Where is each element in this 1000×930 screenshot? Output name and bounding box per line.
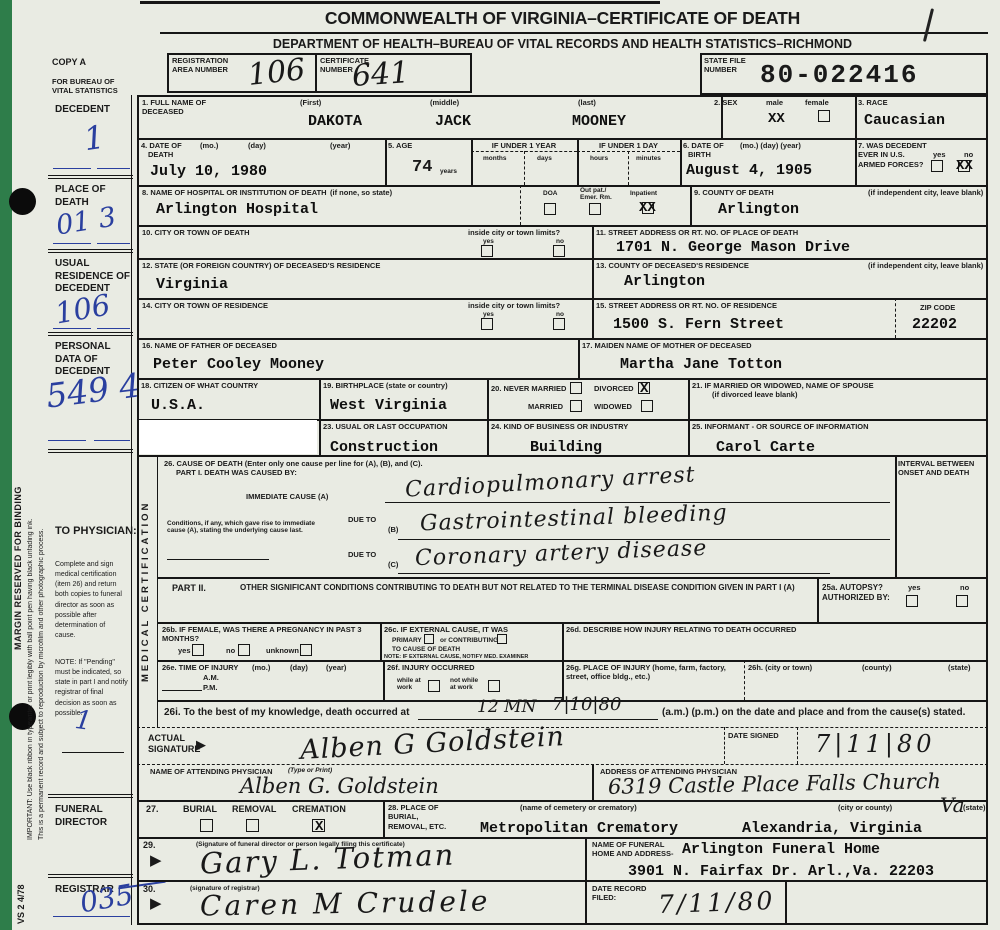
col-line <box>592 258 594 298</box>
checkbox-pregnancy-no <box>238 644 250 656</box>
zip-value: 22202 <box>912 317 957 332</box>
not-while-at-work-label: not while at work <box>450 677 484 692</box>
sidebar-underline <box>53 168 91 169</box>
last-name-value: MOONEY <box>572 114 626 129</box>
col-line <box>585 837 587 880</box>
header-rule <box>160 32 988 34</box>
sidebar-underline <box>53 328 91 329</box>
sidebar-separator <box>48 874 133 878</box>
checkbox-burial <box>200 819 213 832</box>
field-13-hint: (if independent city, leave blank) <box>868 261 983 270</box>
state-hint: (state) <box>948 663 971 672</box>
funeral-director-signature: Gary L. Totman <box>200 841 456 879</box>
field-26b-label: 26b. IF FEMALE, WAS THERE A PREGNANCY IN… <box>162 625 372 644</box>
field-6-label-2: BIRTH <box>688 150 711 159</box>
armed-no-mark: XX <box>956 159 973 173</box>
sidebar-separator <box>48 449 133 453</box>
c-tag: (C) <box>388 560 398 569</box>
sidebar-underline <box>94 440 130 441</box>
sidebar-place-value: 01 3 <box>54 203 118 239</box>
residence-street-value: 1500 S. Fern Street <box>613 317 784 332</box>
field-29-num: 29. <box>143 840 156 851</box>
death-time-hand-2: 7|10|80 <box>552 696 621 714</box>
sidebar-separator <box>48 249 133 253</box>
signature-arrow-icon: ▶ <box>196 737 206 753</box>
col-line <box>585 880 587 923</box>
funeral-signature-arrow-icon: ▶ <box>150 851 162 869</box>
sidebar-residence-value: 106 <box>53 290 113 328</box>
injury-day-hint: (day) <box>290 663 308 672</box>
col-line <box>785 880 787 923</box>
under-1-year-divider <box>524 151 525 185</box>
field-8-hint: (if none, so state) <box>330 188 392 197</box>
cause-c-line <box>398 573 830 574</box>
checkbox-doa <box>544 203 556 215</box>
field-5-label: 5. AGE <box>388 141 412 150</box>
certificate-subtitle: DEPARTMENT OF HEALTH–BUREAU OF VITAL REC… <box>137 37 988 51</box>
married-label: MARRIED <box>528 402 563 411</box>
checkbox-res-limits-no <box>553 318 565 330</box>
field-25-label: 25. INFORMANT - OR SOURCE OF INFORMATION <box>692 422 869 431</box>
checkbox-removal <box>246 819 259 832</box>
burial-label: BURIAL <box>183 804 217 815</box>
field-27-num: 27. <box>146 804 159 815</box>
b-tag: (B) <box>388 525 398 534</box>
mdy-hint: (mo.) (day) (year) <box>740 141 801 150</box>
hours-label: hours <box>590 155 608 162</box>
checkbox-autopsy-no <box>956 595 968 607</box>
col-line <box>592 298 594 338</box>
row-line <box>137 225 988 227</box>
part2-text: OTHER SIGNIFICANT CONDITIONS CONTRIBUTIN… <box>240 583 795 593</box>
cert-number-value: 641 <box>351 58 410 92</box>
physician-addr-state: Va <box>940 795 965 815</box>
row-line <box>137 185 988 187</box>
occupation-value: Construction <box>330 440 438 455</box>
while-at-work-label: while at work <box>397 677 425 692</box>
year-hint: (year) <box>330 141 350 150</box>
col-line-dashed <box>797 727 798 764</box>
sidebar-underline <box>53 916 130 917</box>
external-cause-note: NOTE: IF EXTERNAL CAUSE, NOTIFY MED. EXA… <box>384 654 528 660</box>
row-line <box>137 800 988 802</box>
informant-value: Carol Carte <box>716 440 815 455</box>
checkbox-pregnancy-yes <box>192 644 204 656</box>
crematory-city-value: Alexandria, Virginia <box>742 821 922 836</box>
citizen-value: U.S.A. <box>151 398 205 413</box>
sidebar-funeral-label: FUNERAL DIRECTOR <box>55 804 115 829</box>
autopsy-yes-label: yes <box>908 583 921 592</box>
field-8-label: 8. NAME OF HOSPITAL OR INSTITUTION OF DE… <box>142 188 327 197</box>
death-street-value: 1701 N. George Mason Drive <box>616 240 850 255</box>
field-17-label: 17. MAIDEN NAME OF MOTHER OF DECEASED <box>582 341 752 350</box>
row-line <box>137 338 988 340</box>
field-28-label: 28. PLACE OF BURIAL, REMOVAL, ETC. <box>388 803 458 831</box>
registrar-signature-arrow-icon: ▶ <box>150 894 162 912</box>
field-15-label: 15. STREET ADDRESS OR RT. NO. OF RESIDEN… <box>596 301 777 310</box>
under-1-day-divider <box>628 151 629 185</box>
checkbox-death-limits-yes <box>481 245 493 257</box>
col-line <box>855 95 857 185</box>
field-26c-label: 26c. IF EXTERNAL CAUSE, IT WAS <box>384 625 508 634</box>
date-filed-label: DATE RECORD FILED: <box>592 884 650 903</box>
business-value: Building <box>530 440 602 455</box>
residence-county-value: Arlington <box>624 274 705 289</box>
checkbox-primary <box>424 634 434 644</box>
sidebar-underline <box>97 328 130 329</box>
crematory-value: Metropolitan Crematory <box>480 821 678 836</box>
field-10-label: 10. CITY OR TOWN OF DEATH <box>142 228 250 237</box>
day-hint: (day) <box>248 141 266 150</box>
col-line <box>319 378 321 455</box>
col-line <box>578 338 580 378</box>
field-26h-label: 26h. (city or town) <box>748 663 812 672</box>
physician-name-value: Alben G. Goldstein <box>240 776 439 797</box>
outpat-label: Out pat./ Emer. Rm. <box>580 187 616 202</box>
death-time-hand-1: 12 MN <box>477 699 536 716</box>
sex-male-label: male <box>766 98 783 107</box>
col-line <box>487 378 489 455</box>
cremation-label: CREMATION <box>292 804 346 815</box>
physician-addr-value: 6319 Castle Place Falls Church <box>608 771 941 798</box>
field-13-label: 13. COUNTY OF DECEASED'S RESIDENCE <box>596 261 749 270</box>
months-label: months <box>483 155 506 162</box>
sidebar-underline <box>48 440 86 441</box>
registration-box-divider <box>315 53 317 93</box>
field-26i-pre: 26i. To the best of my knowledge, death … <box>164 707 409 720</box>
sidebar-underline <box>62 752 124 753</box>
checkbox-death-limits-no <box>553 245 565 257</box>
due-to-c-label: DUE TO <box>348 550 376 559</box>
field-3-label: 3. RACE <box>858 98 888 107</box>
col-line <box>380 622 382 660</box>
certificate-title: COMMONWEALTH OF VIRGINIA–CERTIFICATE OF … <box>137 8 988 29</box>
conditions-note: Conditions, if any, which gave rise to i… <box>167 520 317 535</box>
pm-label: P.M. <box>203 683 217 692</box>
for-bureau-label: FOR BUREAU OF VITAL STATISTICS <box>52 77 124 96</box>
row-line-dashed <box>137 764 988 765</box>
armed-yes-label: yes <box>933 150 946 159</box>
widowed-label: WIDOWED <box>594 402 632 411</box>
field-9-label: 9. COUNTY OF DEATH <box>694 188 774 197</box>
checkbox-not-while-at-work <box>488 680 500 692</box>
col-line <box>690 185 692 225</box>
death-time-line <box>418 719 658 720</box>
medical-certification-label: MEDICAL CERTIFICATION <box>140 462 156 720</box>
under-1-year-label: IF UNDER 1 YEAR <box>471 141 577 150</box>
sidebar-underline <box>53 243 91 244</box>
mo-hint: (mo.) <box>200 141 218 150</box>
injury-year-hint: (year) <box>326 663 346 672</box>
col-line <box>592 225 594 258</box>
last-hint: (last) <box>578 98 596 107</box>
under-1-day-label: IF UNDER 1 DAY <box>577 141 680 150</box>
middle-name-value: JACK <box>435 114 471 129</box>
margin-binding-text: MARGIN RESERVED FOR BINDING <box>13 300 26 650</box>
sidebar-underline <box>97 243 130 244</box>
pregnancy-unknown-label: unknown <box>266 646 299 655</box>
sidebar-physician-title: TO PHYSICIAN: <box>55 525 137 537</box>
sex-female-label: female <box>805 98 829 107</box>
checkbox-res-limits-yes <box>481 318 493 330</box>
date-signed-value: 7|11|80 <box>815 732 936 756</box>
checkbox-outpat <box>589 203 601 215</box>
col-line <box>385 138 387 185</box>
funeral-home-name: Arlington Funeral Home <box>682 842 880 857</box>
checkbox-autopsy-yes <box>906 595 918 607</box>
funeral-home-label: NAME OF FUNERAL HOME AND ADDRESS- <box>592 840 677 859</box>
hole-punch-top <box>9 188 36 215</box>
mother-name-value: Martha Jane Totton <box>620 357 782 372</box>
birthplace-value: West Virginia <box>330 398 447 413</box>
checkbox-contributing <box>497 634 507 644</box>
race-value: Caucasian <box>864 113 945 128</box>
pregnancy-yes-label: yes <box>178 646 191 655</box>
autopsy-no-label: no <box>960 583 969 592</box>
col-line-dashed <box>724 727 725 764</box>
first-name-value: DAKOTA <box>308 114 362 129</box>
green-binding-edge <box>0 0 12 930</box>
col-line <box>383 660 385 700</box>
row-line <box>137 258 988 260</box>
sidebar-decedent-value: 1 <box>82 121 107 156</box>
sidebar-separator <box>48 794 133 798</box>
death-certificate-scan: MARGIN RESERVED FOR BINDING IMPORTANT: U… <box>0 0 1000 930</box>
field-21-hint: (if divorced leave blank) <box>712 390 797 399</box>
date-filed-value: 7/11/80 <box>658 888 776 917</box>
row-line <box>137 138 988 140</box>
redacted-box <box>139 420 317 454</box>
cremation-mark: X <box>315 820 323 834</box>
due-to-b-label: DUE TO <box>348 515 376 524</box>
checkbox-female <box>818 110 830 122</box>
field-26-label: 26. CAUSE OF DEATH (Enter only one cause… <box>164 459 423 468</box>
divorced-mark: X <box>640 382 648 396</box>
row-line <box>158 660 988 662</box>
state-file-label: STATE FILE NUMBER <box>704 56 759 75</box>
col-line <box>562 622 564 700</box>
field-26i-post: (a.m.) (p.m.) on the date and place and … <box>662 707 965 720</box>
father-name-value: Peter Cooley Mooney <box>153 357 324 372</box>
field-6-label: 6. DATE OF <box>683 141 724 150</box>
divorced-label: DIVORCED <box>594 384 634 393</box>
county-of-death-value: Arlington <box>718 202 799 217</box>
top-edge-line <box>140 1 660 4</box>
field-16-label: 16. NAME OF FATHER OF DECEASED <box>142 341 277 350</box>
injury-mo-hint: (mo.) <box>252 663 270 672</box>
checkbox-pregnancy-unknown <box>300 644 312 656</box>
part2-label: PART II. <box>172 583 206 594</box>
col-line-dashed <box>744 660 745 700</box>
field-18-label: 18. CITIZEN OF WHAT COUNTRY <box>141 381 258 390</box>
middle-hint: (middle) <box>430 98 459 107</box>
field-4-label: 4. DATE OF <box>141 141 182 150</box>
removal-label: REMOVAL <box>232 804 276 815</box>
date-of-death-value: July 10, 1980 <box>150 164 267 179</box>
row-line <box>137 837 988 839</box>
doa-label: DOA <box>543 190 557 197</box>
age-value: 74 <box>412 158 432 177</box>
city-county-hint: (city or county) <box>838 803 892 812</box>
col-line <box>592 764 594 800</box>
row-line <box>158 622 988 624</box>
sidebar-physician-value: 1 <box>73 707 93 735</box>
sidebar-separator <box>48 175 133 179</box>
zip-label: ZIP CODE <box>920 303 955 312</box>
copy-a-label: COPY A <box>52 57 86 68</box>
actual-signature-label: ACTUAL SIGNATURE <box>148 733 196 755</box>
residence-state-value: Virginia <box>156 277 228 292</box>
funeral-home-addr: 3901 N. Fairfax Dr. Arl.,Va. 22203 <box>628 864 934 879</box>
days-label: days <box>537 155 552 162</box>
checkbox-widowed <box>641 400 653 412</box>
first-hint: (First) <box>300 98 321 107</box>
never-married-label: 20. NEVER MARRIED <box>491 384 566 393</box>
county-hint: (county) <box>862 663 892 672</box>
field-26d-label: 26d. DESCRIBE HOW INJURY RELATING TO DEA… <box>566 625 986 634</box>
sex-male-mark: XX <box>768 112 785 126</box>
checkbox-armed-yes <box>931 160 943 172</box>
field-4-label-2: DEATH <box>148 150 173 159</box>
interval-label: INTERVAL BETWEEN ONSET AND DEATH <box>898 459 983 478</box>
inpatient-label: Inpatient <box>630 190 657 197</box>
age-unit-label: years <box>440 168 457 175</box>
sidebar-decedent-label: DECEDENT <box>55 104 110 117</box>
inpatient-mark: XX <box>639 201 656 215</box>
zip-divider <box>895 298 896 338</box>
reg-area-label: REGISTRATION AREA NUMBER <box>172 56 232 75</box>
field-19-label: 19. BIRTHPLACE (state or country) <box>323 381 448 390</box>
part1-label: PART I. DEATH WAS CAUSED BY: <box>176 468 297 477</box>
hospital-value: Arlington Hospital <box>156 202 318 217</box>
field-9-hint: (if independent city, leave blank) <box>868 188 983 197</box>
sidebar-double-line <box>131 95 132 925</box>
margin-important-text-1: IMPORTANT: Use black ribbon in typewrite… <box>27 240 38 840</box>
field-11-label: 11. STREET ADDRESS OR RT. NO. OF PLACE O… <box>596 228 798 237</box>
cemetery-hint: (name of cemetery or crematory) <box>520 803 637 812</box>
field-7-label: 7. WAS DECEDENT EVER IN U.S. ARMED FORCE… <box>858 141 932 169</box>
col-line <box>383 800 385 837</box>
field-24-label: 24. KIND OF BUSINESS OR INDUSTRY <box>491 422 628 431</box>
field-25a-label: 25a. AUTOPSY? AUTHORIZED BY: <box>822 583 900 603</box>
field-12-label: 12. STATE (OR FOREIGN COUNTRY) OF DECEAS… <box>142 261 380 270</box>
field-23-label: 23. USUAL OR LAST OCCUPATION <box>323 422 448 431</box>
or-contributing-label: or CONTRIBUTING <box>440 637 498 644</box>
hospital-checkbox-divider <box>520 185 521 225</box>
immediate-cause-label: IMMEDIATE CAUSE (A) <box>246 492 328 501</box>
col-line <box>680 138 682 185</box>
row-line <box>158 577 988 579</box>
sidebar-personal-value: 549 4 <box>44 368 142 412</box>
form-code: VS 2 4/78 <box>16 858 28 924</box>
limits-hint: inside city or town limits? <box>468 228 560 237</box>
margin-important-text-2: This is a permanent record and subject t… <box>38 240 49 840</box>
field-26e-label: 26e. TIME OF INJURY <box>162 663 238 672</box>
field-1-label: 1. FULL NAME OF DECEASED <box>142 98 210 117</box>
col-line <box>895 455 897 577</box>
row-line <box>137 880 988 882</box>
field-21-label: 21. IF MARRIED OR WIDOWED, NAME OF SPOUS… <box>692 381 874 390</box>
sidebar-underline <box>97 168 130 169</box>
sidebar-physician-body: Complete and sign medical certification … <box>55 560 127 641</box>
date-signed-label: DATE SIGNED <box>728 731 779 740</box>
pregnancy-no-label: no <box>226 646 235 655</box>
field-14-label: 14. CITY OR TOWN OF RESIDENCE <box>142 301 268 310</box>
date-of-birth-value: August 4, 1905 <box>686 163 812 178</box>
row-line <box>137 298 988 300</box>
field-26g-label: 26g. PLACE OF INJURY (home, farm, factor… <box>566 663 731 682</box>
state-file-value: 80-022416 <box>760 60 918 90</box>
sidebar-separator <box>48 332 133 336</box>
checkbox-while-at-work <box>428 680 440 692</box>
conditions-underline <box>167 559 269 560</box>
row-line <box>137 378 988 380</box>
primary-label: PRIMARY <box>392 637 422 644</box>
limits-hint-2: inside city or town limits? <box>468 301 560 310</box>
col-line <box>688 378 690 455</box>
time-underline <box>162 690 202 691</box>
checkbox-never-married <box>570 382 582 394</box>
checkbox-married <box>570 400 582 412</box>
minutes-label: minutes <box>636 155 661 162</box>
col-line <box>817 577 819 622</box>
field-2-label: 2. SEX <box>714 98 737 107</box>
am-label: A.M. <box>203 673 219 682</box>
field-26f-label: 26f. INJURY OCCURRED <box>387 663 475 672</box>
registrar-signature: Caren M Crudele <box>200 887 491 920</box>
to-cause-label: TO CAUSE OF DEATH <box>392 646 460 653</box>
reg-area-value: 106 <box>247 55 307 91</box>
state-hint-28: (state) <box>963 803 986 812</box>
